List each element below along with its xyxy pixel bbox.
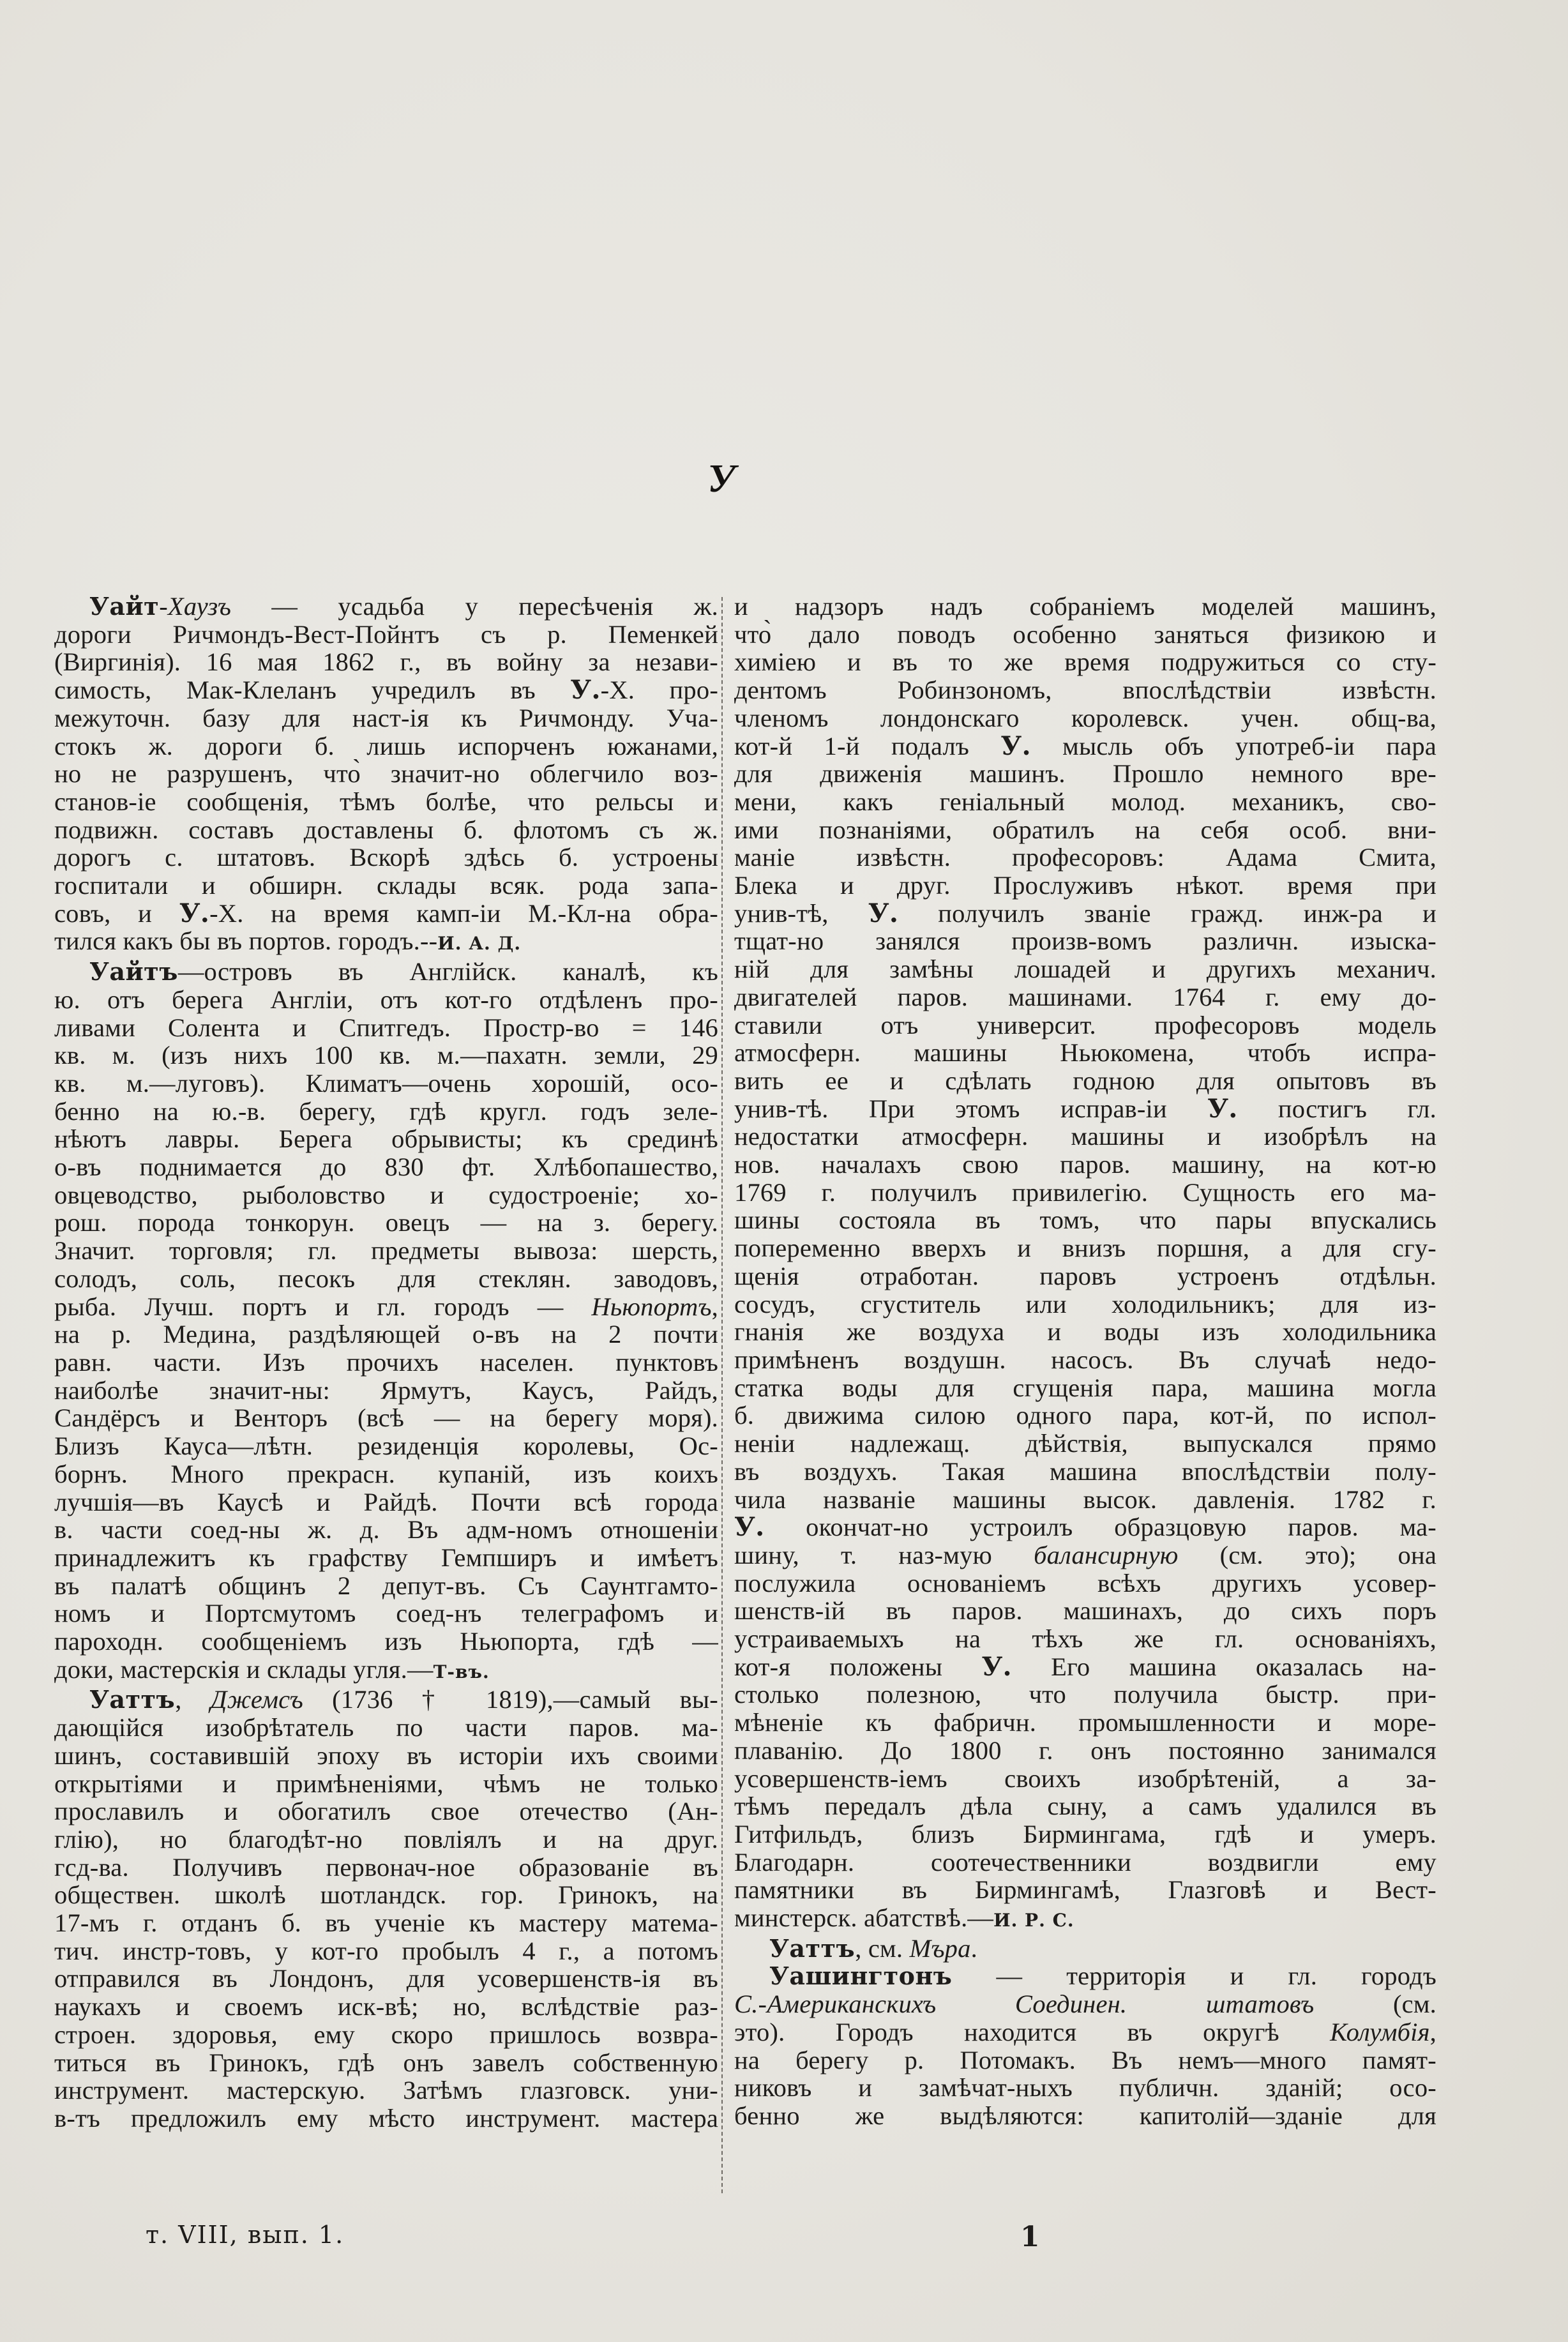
text-run: кот-я положены: [734, 1652, 981, 1681]
entry-headword: Уайтъ: [89, 957, 178, 986]
text-run: бенно на ю.-в. берегу, гдѣ кругл. годъ з…: [54, 1097, 718, 1126]
text-line: дентомъ Робинзономъ, впослѣдствіи извѣст…: [734, 676, 1436, 704]
text-run: отправился въ Лондонъ, для усовершенств-…: [54, 1964, 718, 1993]
text-run: обществен. школѣ шотландск. гор. Гринокъ…: [54, 1880, 718, 1909]
text-line: совъ, и У.-Х. на время камп-іи М.-Кл-на …: [54, 900, 718, 928]
text-run: дающійся изобрѣтатель по части паров. ма…: [54, 1713, 718, 1742]
text-run: прославилъ и обогатилъ свое отечество (А…: [54, 1797, 718, 1825]
text-line: лучшія—въ Каусѣ и Райдѣ. Почти всѣ город…: [54, 1488, 718, 1516]
text-line: 1769 г. получилъ привилегію. Сущность ег…: [734, 1179, 1436, 1207]
text-run: Сандёрсъ и Венторъ (всѣ — на берегу моря…: [54, 1403, 718, 1432]
text-run: Близъ Кауса—лѣтн. резиденція королевы, О…: [54, 1432, 718, 1460]
text-line: межуточн. базу для наст-ія къ Ричмонду. …: [54, 704, 718, 732]
text-run: устраиваемыхъ на тѣхъ же гл. основаніяхъ…: [734, 1624, 1436, 1653]
text-run: на р. Медина, раздѣляющей о-въ на 2 почт…: [54, 1320, 718, 1349]
text-line: станов-іе сообщенія, тѣмъ болѣе, что рел…: [54, 788, 718, 816]
text-run: но не разрушенъ, что̀ значит-но облегчил…: [54, 759, 718, 788]
text-line: подвижн. составъ доставлены б. флотомъ с…: [54, 816, 718, 844]
text-line: минстерск. абатствѣ.—И. Р. С.: [734, 1904, 1436, 1935]
text-line: б. движима силою одного пара, кот-й, по …: [734, 1401, 1436, 1430]
text-run: тщат-но занялся произв-вомъ различн. изы…: [734, 926, 1436, 955]
text-line: и надзоръ надъ собраніемъ моделей машинъ…: [734, 593, 1436, 621]
text-line: равн. части. Изъ прочихъ населен. пункто…: [54, 1349, 718, 1377]
author-signature: И. Р. С.: [993, 1910, 1074, 1931]
text-run: межуточн. базу для наст-ія къ Ричмонду. …: [54, 704, 718, 732]
text-line: кв. м. (изъ нихъ 100 кв. м.—пахатн. земл…: [54, 1041, 718, 1069]
text-run: чила названіе машины высок. давленія. 17…: [734, 1485, 1436, 1514]
text-run: попеременно вверхъ и внизъ поршня, а для…: [734, 1234, 1436, 1262]
text-run: в-тъ предложилъ ему мѣсто инструмент. ма…: [54, 2104, 718, 2133]
text-run: пароходн. сообщеніемъ изъ Ньюпорта, гдѣ …: [54, 1627, 718, 1656]
text-line: въ палатѣ общинъ 2 депут-въ. Съ Саунтгам…: [54, 1572, 718, 1600]
text-run: борнъ. Много прекрасн. купаній, изъ коих…: [54, 1460, 718, 1488]
text-run: шенств-ій въ паров. машинахъ, до сихъ по…: [734, 1596, 1436, 1625]
text-run: — усадьба у пересѣченія ж.: [231, 592, 718, 621]
entry-headword: Уайт: [89, 592, 159, 621]
text-line: столько полезною, что получила быстр. пр…: [734, 1681, 1436, 1709]
text-line: дороги Ричмондъ-Вест-Пойнтъ съ р. Пеменк…: [54, 621, 718, 649]
italic-term: Мъра: [910, 1934, 971, 1963]
text-line: рыба. Лучш. портъ и гл. городъ — Ньюпорт…: [54, 1293, 718, 1321]
text-run: унив-тѣ,: [734, 899, 868, 928]
entry-first-line: Уайт-Хаузъ — усадьба у пересѣченія ж.: [54, 593, 718, 621]
text-run: ставили отъ университ. професоровъ модел…: [734, 1011, 1436, 1039]
text-run: дорогъ с. штатовъ. Вскорѣ здѣсь б. устро…: [54, 843, 718, 872]
text-run: тился какъ бы въ портов. городъ.--: [54, 926, 437, 955]
left-text-column: Уайт-Хаузъ — усадьба у пересѣченія ж.дор…: [54, 593, 718, 2133]
text-run: бенно же выдѣляются: капитолій—зданіе дл…: [734, 2101, 1436, 2130]
text-line: стокъ ж. дороги б. лишь испорченъ южанам…: [54, 732, 718, 760]
text-run: ливами Солента и Спитгедъ. Простр-во = 1…: [54, 1013, 718, 1042]
text-run: .: [971, 1934, 977, 1963]
text-line: отправился въ Лондонъ, для усовершенств-…: [54, 1965, 718, 1993]
text-line: наукахъ и своемъ иск-вѣ; но, вслѣдствіе …: [54, 1993, 718, 2021]
text-line: тщат-но занялся произв-вомъ различн. изы…: [734, 927, 1436, 955]
text-line: ю. отъ берега Англіи, отъ кот-го отдѣлен…: [54, 986, 718, 1014]
text-run: это). Городъ находится въ округѣ: [734, 2018, 1330, 2046]
section-letter-heading: У: [696, 457, 747, 501]
text-line: недостатки атмосферн. машины и изобрѣлъ …: [734, 1122, 1436, 1151]
text-run: столько полезною, что получила быстр. пр…: [734, 1680, 1436, 1709]
text-run: солодъ, соль, песокъ для стеклян. заводо…: [54, 1264, 718, 1293]
text-line: шину, т. наз-мую балансирную (см. это); …: [734, 1541, 1436, 1569]
author-signature: Т-въ.: [433, 1661, 490, 1682]
text-line: въ воздухъ. Такая машина впослѣдствіи по…: [734, 1458, 1436, 1486]
text-run: (Виргинія). 16 мая 1862 г., въ войну за …: [54, 647, 718, 676]
text-run: о-въ поднимается до 830 фт. Хлѣбопашеств…: [54, 1152, 718, 1181]
text-line: ній для замѣны лошадей и другихъ механич…: [734, 955, 1436, 983]
text-line: в-тъ предложилъ ему мѣсто инструмент. ма…: [54, 2104, 718, 2133]
text-run: нѣютъ лавры. Берега обрывисты; къ средин…: [54, 1124, 718, 1153]
footer-page-number: 1: [1020, 2221, 1040, 2253]
text-run: наукахъ и своемъ иск-вѣ; но, вслѣдствіе …: [54, 1992, 718, 2021]
italic-term: Колумбія: [1330, 2018, 1430, 2046]
italic-term: Джемсъ: [211, 1685, 303, 1714]
text-run: , см.: [855, 1934, 909, 1963]
text-run: симость, Мак-Клеланъ учредилъ въ: [54, 676, 570, 704]
entry-headword: Уаттъ: [769, 1934, 855, 1963]
text-run: ,: [712, 1292, 718, 1321]
entry-headword: Уашингтонъ: [769, 1961, 952, 1990]
text-run: глію), но благодѣт-но повліялъ и на друг…: [54, 1825, 718, 1854]
italic-term: балансирную: [1034, 1541, 1178, 1569]
text-line: ими познаніями, обратилъ на себя особ. в…: [734, 816, 1436, 844]
text-line: о-въ поднимается до 830 фт. Хлѣбопашеств…: [54, 1153, 718, 1181]
text-line: но не разрушенъ, что̀ значит-но облегчил…: [54, 760, 718, 788]
text-run: — территорія и гл. городъ: [952, 1961, 1436, 1990]
book-page: У Уайт-Хаузъ — усадьба у пересѣченія ж.д…: [0, 0, 1568, 2342]
text-line: титься въ Гринокъ, гдѣ онъ завелъ собств…: [54, 2049, 718, 2077]
text-run: недостатки атмосферн. машины и изобрѣлъ …: [734, 1122, 1436, 1151]
text-run: щенія отработан. паровъ устроенъ отдѣльн…: [734, 1262, 1436, 1290]
text-run: сосудъ, сгуститель или холодильникъ; для…: [734, 1290, 1436, 1318]
bold-abbrev: У.: [1207, 1093, 1237, 1124]
text-line: атмосферн. машины Ньюкомена, чтобъ испра…: [734, 1039, 1436, 1067]
text-line: маніе извѣстн. професоровъ: Адама Смита,: [734, 843, 1436, 872]
text-line: кв. м.—луговъ). Климатъ—очень хорошій, о…: [54, 1069, 718, 1098]
text-line: принадлежитъ къ графству Гемпширъ и имѣе…: [54, 1544, 718, 1572]
text-line: на р. Медина, раздѣляющей о-въ на 2 почт…: [54, 1320, 718, 1349]
text-run: на берегу р. Потомакъ. Въ немъ—много пам…: [734, 2046, 1436, 2074]
text-run: равн. части. Изъ прочихъ населен. пункто…: [54, 1348, 718, 1377]
text-line: дающійся изобрѣтатель по части паров. ма…: [54, 1714, 718, 1742]
text-run: статка воды для сгущенія пара, машина мо…: [734, 1373, 1436, 1402]
text-run: послужила основаніемъ всѣхъ другихъ усов…: [734, 1569, 1436, 1598]
text-line: усовершенств-іемъ своихъ изобрѣтеній, а …: [734, 1765, 1436, 1793]
text-run: Благодарн. соотечественники воздвигли ем…: [734, 1848, 1436, 1877]
text-line: С.-Американскихъ Соединен. штатовъ (см.: [734, 1990, 1436, 2018]
text-run: неніи надлежащ. дѣйствія, выпускался пря…: [734, 1429, 1436, 1458]
text-line: госпитали и обширн. склады всяк. рода за…: [54, 872, 718, 900]
text-line: двигателей паров. машинами. 1764 г. ему …: [734, 983, 1436, 1011]
text-line: Сандёрсъ и Венторъ (всѣ — на берегу моря…: [54, 1404, 718, 1432]
text-line: шины состояла въ томъ, что пары впускали…: [734, 1206, 1436, 1234]
text-line: никовъ и замѣчат-ныхъ публичн. зданій; о…: [734, 2074, 1436, 2102]
right-text-column: и надзоръ надъ собраніемъ моделей машинъ…: [734, 593, 1436, 2130]
bold-abbrev: У.: [868, 898, 898, 928]
text-run: получилъ званіе гражд. инж-ра и: [898, 899, 1436, 928]
text-line: нѣютъ лавры. Берега обрывисты; къ средин…: [54, 1125, 718, 1153]
bold-abbrev: У.: [570, 674, 600, 705]
text-run: дороги Ричмондъ-Вест-Пойнтъ съ р. Пеменк…: [54, 620, 718, 649]
text-run: кот-й 1-й подалъ: [734, 732, 1000, 760]
author-signature: И. А. Д.: [437, 933, 521, 954]
text-run: открытіями и примѣненіями, чѣмъ не тольк…: [54, 1769, 718, 1798]
text-line: что̀ дало поводъ особенно заняться физик…: [734, 621, 1436, 649]
text-run: кв. м. (изъ нихъ 100 кв. м.—пахатн. земл…: [54, 1041, 718, 1069]
text-run: (1736 † 1819),—самый вы-: [303, 1685, 718, 1714]
text-run: усовершенств-іемъ своихъ изобрѣтеній, а …: [734, 1764, 1436, 1793]
entry-first-line: Уаттъ, см. Мъра.: [734, 1935, 1436, 1963]
text-line: мени, какъ геніальный молод. механикъ, с…: [734, 788, 1436, 816]
column-divider: [721, 597, 723, 2193]
text-run: маніе извѣстн. професоровъ: Адама Смита,: [734, 843, 1436, 872]
text-run: никовъ и замѣчат-ныхъ публичн. зданій; о…: [734, 2073, 1436, 2102]
text-run: шинъ, составившій эпоху въ исторіи ихъ с…: [54, 1741, 718, 1770]
text-run: что̀ дало поводъ особенно заняться физик…: [734, 620, 1436, 649]
text-line: инструмент. мастерскую. Затѣмъ глазговск…: [54, 2076, 718, 2104]
text-run: инструмент. мастерскую. Затѣмъ глазговск…: [54, 2076, 718, 2104]
footer-volume-label: т. VIII, вып. 1.: [146, 2221, 344, 2249]
text-line: вить ее и сдѣлать годною для опытовъ въ: [734, 1067, 1436, 1095]
text-run: наиболѣе значит-ны: Ярмутъ, Каусъ, Райдъ…: [54, 1376, 718, 1405]
text-run: унив-тѣ. При этомъ исправ-іи: [734, 1094, 1207, 1123]
text-run: ,: [1430, 2018, 1436, 2046]
text-run: стокъ ж. дороги б. лишь испорченъ южанам…: [54, 732, 718, 760]
text-line: химіею и въ то же время подружиться со с…: [734, 648, 1436, 676]
text-run: и надзоръ надъ собраніемъ моделей машинъ…: [734, 592, 1436, 621]
text-line: бенно на ю.-в. берегу, гдѣ кругл. годъ з…: [54, 1098, 718, 1126]
text-run: двигателей паров. машинами. 1764 г. ему …: [734, 983, 1436, 1011]
text-line: тился какъ бы въ портов. городъ.--И. А. …: [54, 927, 718, 958]
text-run: станов-іе сообщенія, тѣмъ болѣе, что рел…: [54, 787, 718, 816]
text-line: обществен. школѣ шотландск. гор. Гринокъ…: [54, 1881, 718, 1909]
text-run: подвижн. составъ доставлены б. флотомъ с…: [54, 815, 718, 844]
text-run: Гитфильдъ, близъ Бирмингама, гдѣ и умеръ…: [734, 1820, 1436, 1848]
text-line: Благодарн. соотечественники воздвигли ем…: [734, 1848, 1436, 1877]
text-run: мѣненіе къ фабричн. промышленности и мор…: [734, 1708, 1436, 1737]
text-line: овцеводство, рыболовство и судостроеніе;…: [54, 1181, 718, 1209]
text-line: шенств-ій въ паров. машинахъ, до сихъ по…: [734, 1597, 1436, 1625]
text-line: мѣненіе къ фабричн. промышленности и мор…: [734, 1709, 1436, 1737]
text-line: на берегу р. Потомакъ. Въ немъ—много пам…: [734, 2046, 1436, 2074]
text-line: рош. порода тонкорун. овецъ — на з. бере…: [54, 1209, 718, 1237]
text-line: унив-тѣ. При этомъ исправ-іи У. постигъ …: [734, 1095, 1436, 1123]
text-run: 17-мъ г. отданъ б. въ ученіе къ мастеру …: [54, 1908, 718, 1937]
text-line: кот-я положены У. Его машина оказалась н…: [734, 1653, 1436, 1681]
text-run: членомъ лондонскаго королевск. учен. общ…: [734, 704, 1436, 732]
entry-headword: Уаттъ: [89, 1685, 175, 1714]
text-line: прославилъ и обогатилъ свое отечество (А…: [54, 1797, 718, 1825]
text-line: сосудъ, сгуститель или холодильникъ; для…: [734, 1290, 1436, 1318]
entry-first-line: Уаттъ, Джемсъ (1736 † 1819),—самый вы-: [54, 1686, 718, 1714]
text-run: нов. началахъ свою паров. машину, на кот…: [734, 1150, 1436, 1179]
text-line: пароходн. сообщеніемъ изъ Ньюпорта, гдѣ …: [54, 1628, 718, 1656]
text-line: гнанія же воздуха и воды изъ холодильник…: [734, 1318, 1436, 1346]
text-line: Значит. торговля; гл. предметы вывоза: ш…: [54, 1237, 718, 1265]
entry-first-line: Уайтъ—островъ въ Англійск. каналѣ, къ: [54, 958, 718, 986]
bold-abbrev: У.: [179, 898, 209, 928]
text-line: унив-тѣ, У. получилъ званіе гражд. инж-р…: [734, 900, 1436, 928]
text-run: дентомъ Робинзономъ, впослѣдствіи извѣст…: [734, 676, 1436, 704]
text-run: въ палатѣ общинъ 2 депут-въ. Съ Саунтгам…: [54, 1571, 718, 1600]
text-run: рош. порода тонкорун. овецъ — на з. бере…: [54, 1208, 718, 1237]
text-line: это). Городъ находится въ округѣ Колумбі…: [734, 2018, 1436, 2046]
text-run: шину, т. наз-мую: [734, 1541, 1034, 1569]
text-run: шины состояла въ томъ, что пары впускали…: [734, 1205, 1436, 1234]
text-line: тѣмъ передалъ дѣла сыну, а самъ удалился…: [734, 1792, 1436, 1820]
text-line: солодъ, соль, песокъ для стеклян. заводо…: [54, 1265, 718, 1293]
text-line: шинъ, составившій эпоху въ исторіи ихъ с…: [54, 1742, 718, 1770]
text-line: плаванію. До 1800 г. онъ постоянно заним…: [734, 1737, 1436, 1765]
bold-abbrev: У.: [1000, 730, 1030, 761]
text-run: мысль объ употреб-іи пара: [1031, 732, 1436, 760]
text-line: наиболѣе значит-ны: Ярмутъ, Каусъ, Райдъ…: [54, 1377, 718, 1405]
text-line: устраиваемыхъ на тѣхъ же гл. основаніяхъ…: [734, 1625, 1436, 1653]
text-line: (Виргинія). 16 мая 1862 г., въ войну за …: [54, 648, 718, 676]
text-line: бенно же выдѣляются: капитолій—зданіе дл…: [734, 2102, 1436, 2130]
text-run: принадлежитъ къ графству Гемпширъ и имѣе…: [54, 1543, 718, 1572]
text-line: симость, Мак-Клеланъ учредилъ въ У.-Х. п…: [54, 676, 718, 704]
text-run: гнанія же воздуха и воды изъ холодильник…: [734, 1317, 1436, 1346]
text-line: членомъ лондонскаго королевск. учен. общ…: [734, 704, 1436, 732]
italic-term: С.-Американскихъ Соединен. штатовъ: [734, 1990, 1314, 2018]
text-line: неніи надлежащ. дѣйствія, выпускался пря…: [734, 1430, 1436, 1458]
text-line: открытіями и примѣненіями, чѣмъ не тольк…: [54, 1770, 718, 1798]
text-run: ,: [175, 1685, 210, 1714]
text-run: Блека и друг. Прослуживъ нѣкот. время пр…: [734, 871, 1436, 900]
text-run: тич. инстр-товъ, у кот-го пробылъ 4 г., …: [54, 1937, 718, 1965]
text-run: б. движима силою одного пара, кот-й, по …: [734, 1401, 1436, 1430]
text-run: постигъ гл.: [1238, 1094, 1436, 1123]
text-run: титься въ Гринокъ, гдѣ онъ завелъ собств…: [54, 2048, 718, 2077]
text-run: Значит. торговля; гл. предметы вывоза: ш…: [54, 1236, 718, 1265]
text-run: тѣмъ передалъ дѣла сыну, а самъ удалился…: [734, 1792, 1436, 1820]
bold-abbrev: У.: [734, 1511, 764, 1542]
italic-term: Хаузъ: [168, 592, 231, 621]
text-run: доки, мастерскія и склады угля.—: [54, 1655, 433, 1684]
text-run: мени, какъ геніальный молод. механикъ, с…: [734, 787, 1436, 816]
text-run: вить ее и сдѣлать годною для опытовъ въ: [734, 1066, 1436, 1095]
text-run: рыба. Лучш. портъ и гл. городъ —: [54, 1292, 591, 1321]
text-line: кот-й 1-й подалъ У. мысль объ употреб-іи…: [734, 732, 1436, 760]
text-line: гсд-ва. Получивъ первонач-ное образовані…: [54, 1854, 718, 1882]
text-run: -: [159, 592, 168, 621]
text-run: лучшія—въ Каусѣ и Райдѣ. Почти всѣ город…: [54, 1488, 718, 1516]
text-run: (см.: [1314, 1990, 1436, 2018]
text-run: —островъ въ Англійск. каналѣ, къ: [178, 957, 718, 986]
text-run: (см. это); она: [1179, 1541, 1436, 1569]
text-run: атмосферн. машины Ньюкомена, чтобъ испра…: [734, 1038, 1436, 1067]
text-run: госпитали и обширн. склады всяк. рода за…: [54, 871, 718, 900]
text-run: химіею и въ то же время подружиться со с…: [734, 647, 1436, 676]
text-line: У. окончат-но устроилъ образцовую паров.…: [734, 1513, 1436, 1541]
text-line: тич. инстр-товъ, у кот-го пробылъ 4 г., …: [54, 1937, 718, 1965]
text-line: 17-мъ г. отданъ б. въ ученіе къ мастеру …: [54, 1909, 718, 1937]
text-run: номъ и Портсмутомъ соед-нъ телеграфомъ и: [54, 1599, 718, 1628]
bold-abbrev: У.: [981, 1651, 1011, 1682]
text-run: памятники въ Бирмингамѣ, Глазговѣ и Вест…: [734, 1875, 1436, 1904]
text-line: глію), но благодѣт-но повліялъ и на друг…: [54, 1825, 718, 1854]
italic-term: Ньюпортъ: [591, 1292, 711, 1321]
text-line: ливами Солента и Спитгедъ. Простр-во = 1…: [54, 1014, 718, 1042]
text-run: строен. здоровья, ему скоро пришлось воз…: [54, 2020, 718, 2049]
text-run: овцеводство, рыболовство и судостроеніе;…: [54, 1181, 718, 1209]
text-line: Близъ Кауса—лѣтн. резиденція королевы, О…: [54, 1432, 718, 1460]
text-run: кв. м.—луговъ). Климатъ—очень хорошій, о…: [54, 1069, 718, 1098]
text-line: щенія отработан. паровъ устроенъ отдѣльн…: [734, 1262, 1436, 1290]
text-line: нов. началахъ свою паров. машину, на кот…: [734, 1151, 1436, 1179]
text-run: Его машина оказалась на-: [1012, 1652, 1436, 1681]
text-line: Блека и друг. Прослуживъ нѣкот. время пр…: [734, 872, 1436, 900]
text-line: попеременно вверхъ и внизъ поршня, а для…: [734, 1234, 1436, 1262]
text-line: памятники въ Бирмингамѣ, Глазговѣ и Вест…: [734, 1876, 1436, 1904]
text-run: для движенія машинъ. Прошло немного вре-: [734, 759, 1436, 788]
text-run: минстерск. абатствѣ.—: [734, 1903, 993, 1932]
text-run: въ воздухъ. Такая машина впослѣдствіи по…: [734, 1457, 1436, 1486]
text-run: совъ, и: [54, 899, 179, 928]
entry-first-line: Уашингтонъ — территорія и гл. городъ: [734, 1962, 1436, 1990]
text-run: -Х. на время камп-іи М.-Кл-на обра-: [209, 899, 718, 928]
text-run: плаванію. До 1800 г. онъ постоянно заним…: [734, 1736, 1436, 1765]
text-run: 1769 г. получилъ привилегію. Сущность ег…: [734, 1178, 1436, 1207]
text-line: ставили отъ университ. професоровъ модел…: [734, 1011, 1436, 1039]
text-line: строен. здоровья, ему скоро пришлось воз…: [54, 2021, 718, 2049]
text-run: окончат-но устроилъ образцовую паров. ма…: [764, 1513, 1436, 1541]
text-run: -Х. про-: [601, 676, 718, 704]
text-line: доки, мастерскія и склады угля.—Т-въ.: [54, 1656, 718, 1686]
text-line: в. части соед-ны ж. д. Въ адм-номъ отнош…: [54, 1516, 718, 1544]
text-run: примѣненъ воздушн. насосъ. Въ случаѣ нед…: [734, 1345, 1436, 1374]
text-line: номъ и Портсмутомъ соед-нъ телеграфомъ и: [54, 1599, 718, 1628]
text-line: чила названіе машины высок. давленія. 17…: [734, 1486, 1436, 1514]
text-line: для движенія машинъ. Прошло немного вре-: [734, 760, 1436, 788]
text-line: послужила основаніемъ всѣхъ другихъ усов…: [734, 1569, 1436, 1598]
text-run: в. части соед-ны ж. д. Въ адм-номъ отнош…: [54, 1515, 718, 1544]
text-line: дорогъ с. штатовъ. Вскорѣ здѣсь б. устро…: [54, 843, 718, 872]
text-line: Гитфильдъ, близъ Бирмингама, гдѣ и умеръ…: [734, 1820, 1436, 1848]
text-line: статка воды для сгущенія пара, машина мо…: [734, 1374, 1436, 1402]
text-run: гсд-ва. Получивъ первонач-ное образовані…: [54, 1853, 718, 1882]
text-line: примѣненъ воздушн. насосъ. Въ случаѣ нед…: [734, 1346, 1436, 1374]
text-line: борнъ. Много прекрасн. купаній, изъ коих…: [54, 1460, 718, 1488]
text-run: ю. отъ берега Англіи, отъ кот-го отдѣлен…: [54, 985, 718, 1014]
text-run: ими познаніями, обратилъ на себя особ. в…: [734, 815, 1436, 844]
text-run: ній для замѣны лошадей и другихъ механич…: [734, 955, 1436, 983]
